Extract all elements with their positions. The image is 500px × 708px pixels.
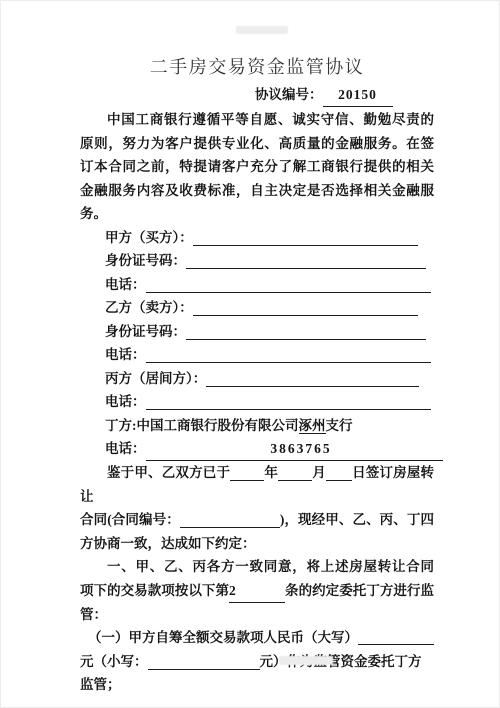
clause1-line-3: 管： <box>80 603 434 627</box>
seller-phone-blank <box>146 358 431 363</box>
recital-line-2: 合同(合同编号：)，现经甲、乙、丙、丁四 <box>80 508 434 532</box>
buyer-phone-label: 电话： <box>105 277 146 292</box>
recital-line-3: 方协商一致，达成如下约定： <box>80 532 434 556</box>
buyer-id-blank <box>186 264 426 269</box>
bank-phone-value: 3863765 <box>146 441 443 461</box>
document-title: 二手房交易资金监管协议 <box>80 52 434 82</box>
field-row-bank: 丁方:中国工商银行股份有限公司涿州支行 <box>80 414 434 438</box>
bank-name-prefix: 中国工商银行股份有限公司 <box>137 418 299 433</box>
field-row-seller: 乙方（卖方）： <box>80 296 434 320</box>
clause1-1-text: 元（小写： <box>80 654 148 669</box>
buyer-name-blank <box>193 241 418 246</box>
clause1-1-line-1: （一）甲方自筹全额交易款项人民币（大写） <box>80 626 434 650</box>
recital-text: 合同(合同编号： <box>80 512 180 527</box>
year-blank <box>230 476 264 481</box>
agreement-number-value: 20150 <box>323 87 393 107</box>
agent-phone-label: 电话： <box>105 394 146 409</box>
year-unit: 年 <box>264 465 278 480</box>
watermark-smudge-bottom <box>279 656 333 665</box>
buyer-phone-blank <box>146 288 431 293</box>
clause1-text: 条的约定委托丁方进行监 <box>285 583 434 598</box>
contract-no-blank <box>180 523 280 528</box>
field-row-agent: 丙方（居间方）： <box>80 367 434 391</box>
intro-line: 中国工商银行遵循平等自愿、诚实守信、勤勉尽责的 <box>80 108 434 132</box>
seller-id-label: 身份证号码： <box>105 324 186 339</box>
recital-text: 鉴于甲、乙双方已于 <box>107 465 230 480</box>
document-page: 二手房交易资金监管协议 协议编号：20150 中国工商银行遵循平等自愿、诚实守信… <box>0 0 500 708</box>
bank-name-suffix: 支行 <box>326 418 353 433</box>
agent-name-blank <box>206 382 419 387</box>
field-row-buyer-phone: 电话： <box>80 273 434 297</box>
clause1-1-text: （一）甲方自筹全额交易款项人民币（大写） <box>80 626 358 650</box>
buyer-label: 甲方（买方）： <box>105 230 193 245</box>
seller-label: 乙方（卖方）： <box>105 300 193 315</box>
bank-phone-label: 电话： <box>105 441 146 456</box>
intro-line: 原则，努力为客户提供专业化、高质量的金融服务。在签 <box>80 132 434 156</box>
field-row-bank-phone: 电话：3863765 <box>80 437 434 461</box>
clause1-text: 项下的交易款项按以下第 <box>80 583 229 598</box>
buyer-id-label: 身份证号码： <box>105 253 186 268</box>
agreement-number-label: 协议编号： <box>255 87 323 102</box>
seller-id-blank <box>186 335 426 340</box>
month-blank <box>278 476 312 481</box>
field-row-agent-phone: 电话： <box>80 390 434 414</box>
day-blank <box>326 476 352 481</box>
seller-name-blank <box>193 311 418 316</box>
clause-ref-value: 2 <box>229 583 285 603</box>
intro-line: 金融服务内容及收费标准，自主决定是否选择相关金融服 <box>80 179 434 203</box>
field-row-buyer-id: 身份证号码： <box>80 249 434 273</box>
recital-line-1: 鉴于甲、乙双方已于年月日签订房屋转让 <box>80 461 434 508</box>
intro-line: 订本合同之前，特提请客户充分了解工商银行提供的相关 <box>80 155 434 179</box>
agent-label: 丙方（居间方）： <box>105 371 206 386</box>
field-row-buyer: 甲方（买方）： <box>80 226 434 250</box>
field-row-seller-phone: 电话： <box>80 343 434 367</box>
field-row-seller-id: 身份证号码： <box>80 320 434 344</box>
amount-words-blank <box>358 640 434 645</box>
month-unit: 月 <box>312 465 326 480</box>
amount-figures-blank <box>148 665 260 670</box>
clause1-line-1: 一、甲、乙、丙各方一致同意，将上述房屋转让合同 <box>80 555 434 579</box>
watermark-smudge-top <box>236 26 288 34</box>
clause1-line-2: 项下的交易款项按以下第2条的约定委托丁方进行监 <box>80 579 434 603</box>
intro-line: 务。 <box>80 202 434 226</box>
agent-phone-blank <box>146 405 431 410</box>
bank-branch-underlined: 涿州 <box>299 418 326 434</box>
bank-label: 丁方: <box>105 418 137 433</box>
clause1-1-line-2: 元（小写：元）作为监管资金委托丁方监管； <box>80 650 434 697</box>
agreement-number-line: 协议编号：20150 <box>255 82 434 108</box>
seller-phone-label: 电话： <box>105 347 146 362</box>
recital-text: )，现经甲、乙、丙、丁四 <box>280 512 434 527</box>
